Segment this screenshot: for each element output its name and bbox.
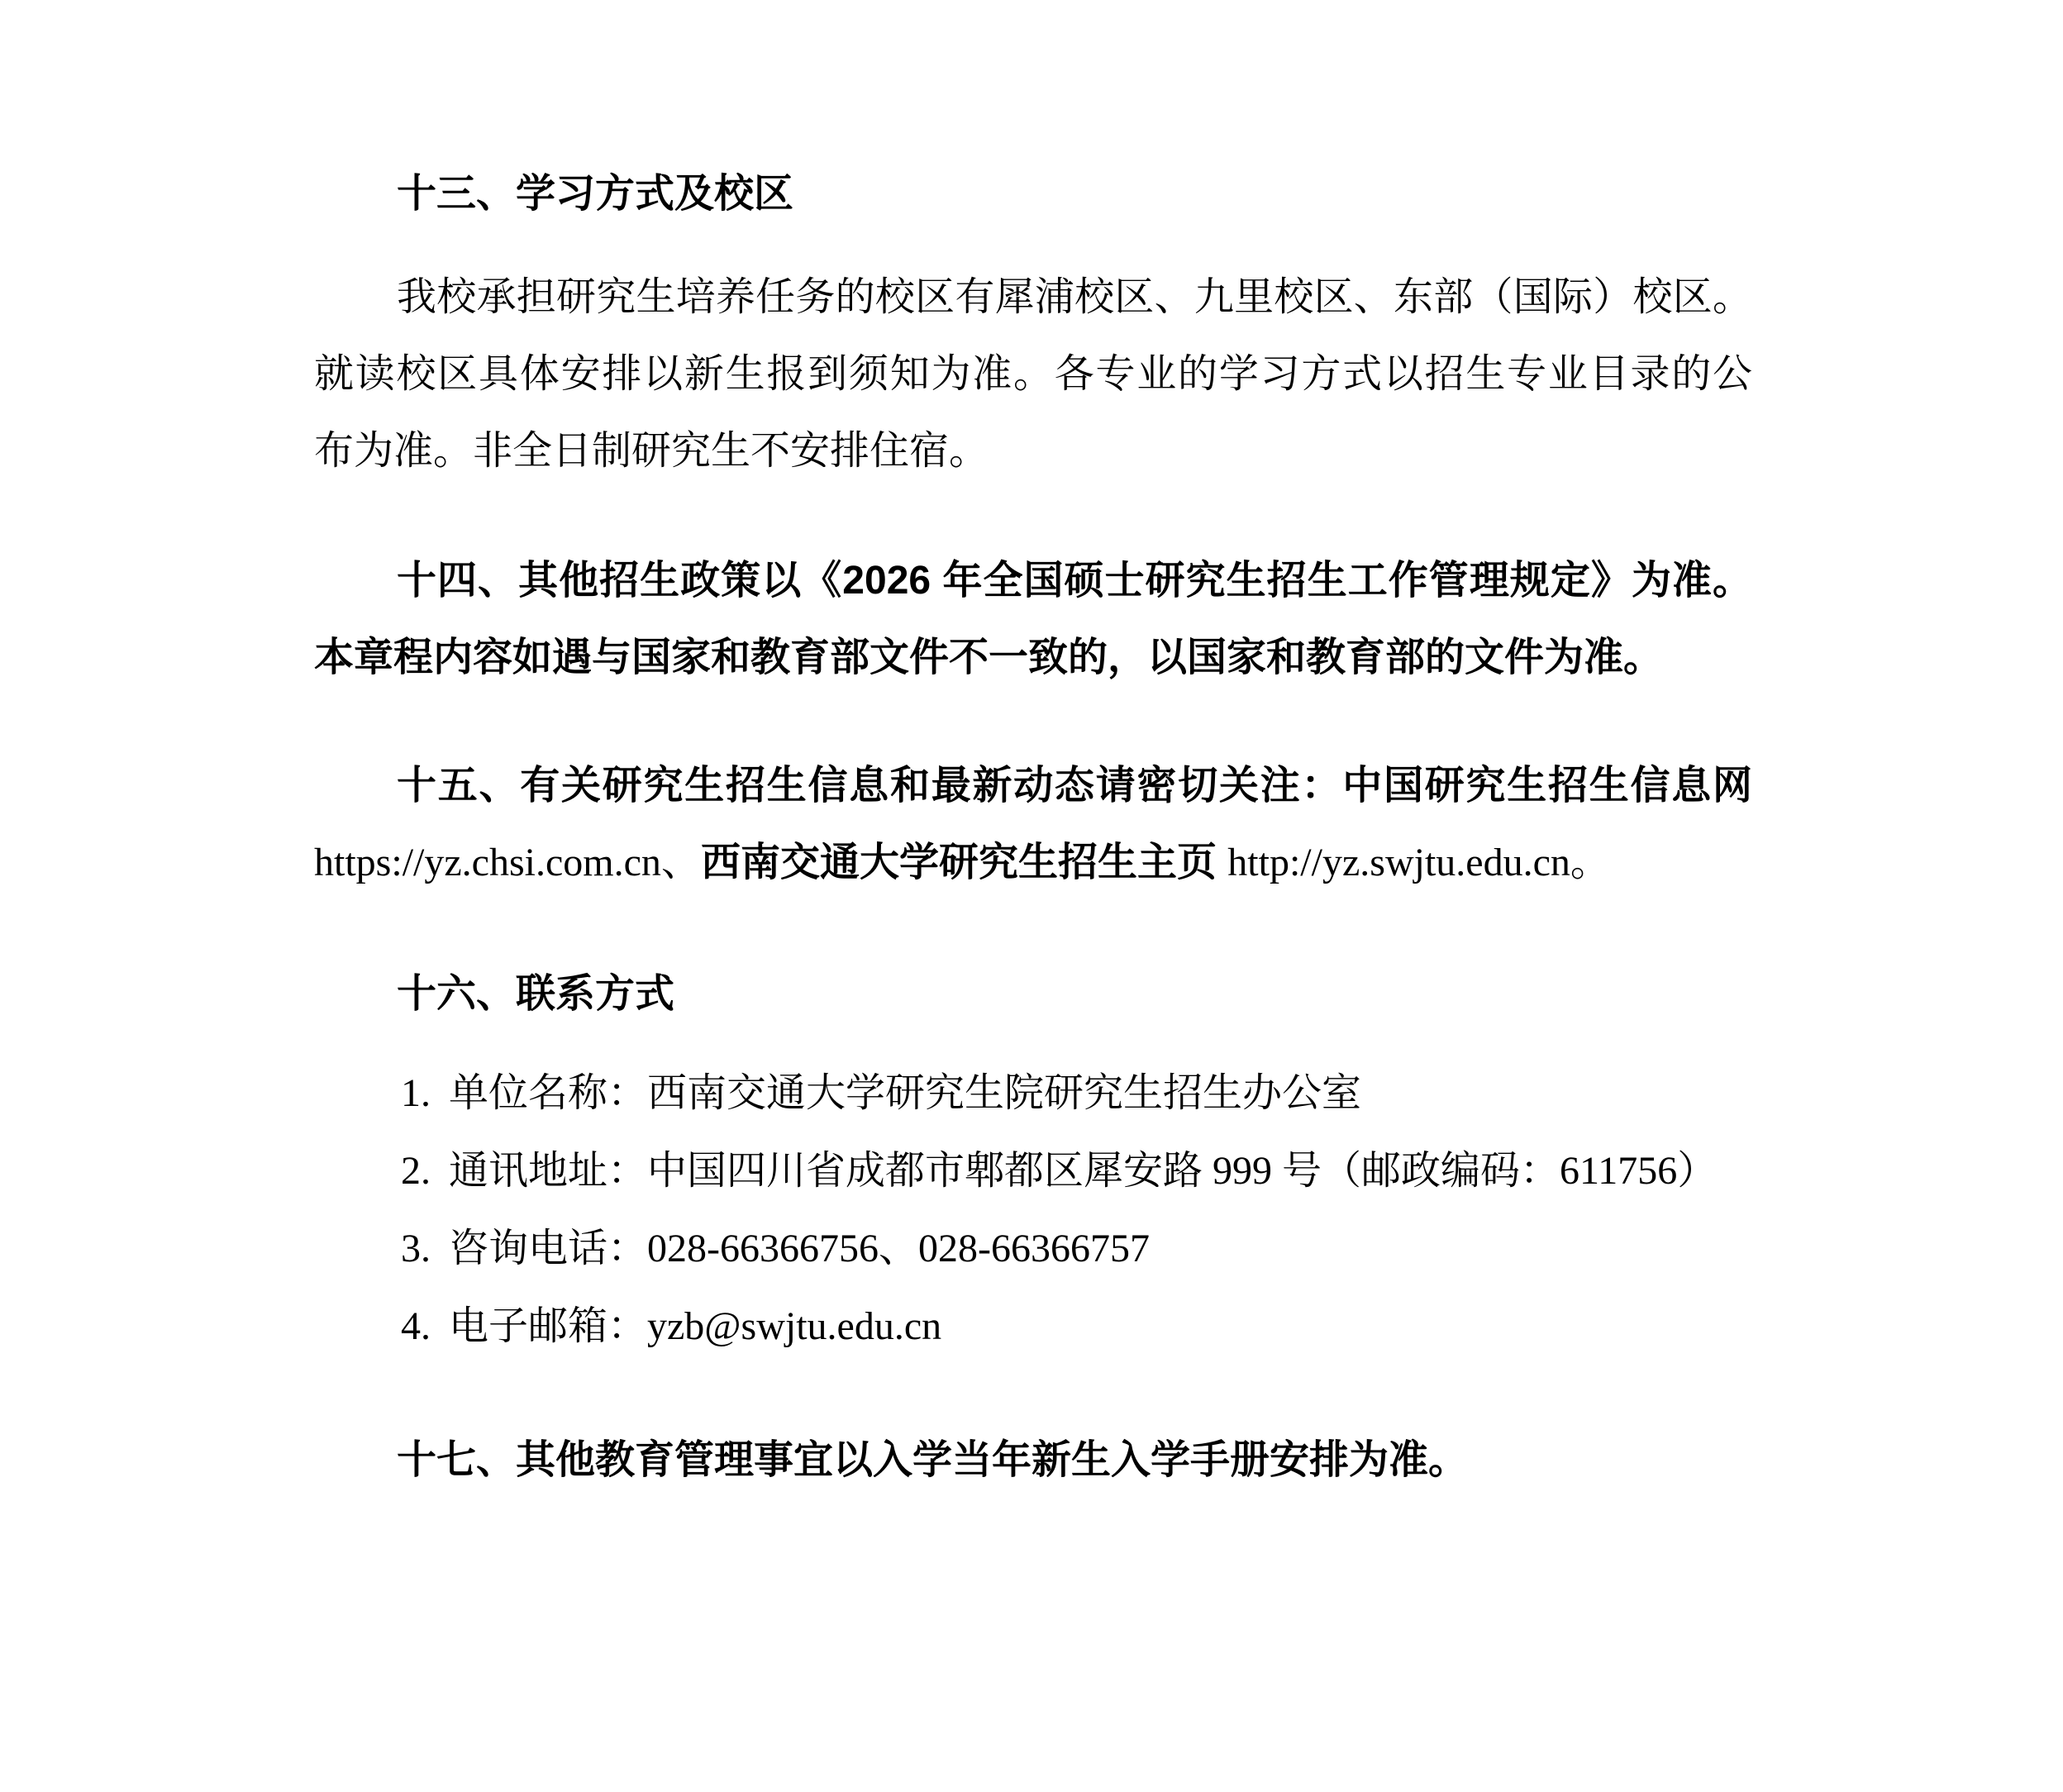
section-15-line-2: https://yz.chsi.com.cn、西南交通大学研究生招生主页 htt…	[314, 824, 1752, 901]
contact-item-text: 通讯地址：中国四川省成都市郫都区犀安路 999 号（邮政编码：611756）	[449, 1149, 1717, 1193]
contact-item-4: 4.电子邮箱：yzb@swjtu.edu.cn	[314, 1288, 1752, 1365]
contact-item-text: 电子邮箱：yzb@swjtu.edu.cn	[449, 1304, 941, 1348]
document-page: 十三、学习方式及校区 我校承担研究生培养任务的校区有犀浦校区、九里校区、东部（国…	[0, 0, 2063, 1792]
contact-item-number: 4.	[401, 1304, 431, 1348]
section-13-heading: 十三、学习方式及校区	[314, 155, 1752, 232]
section-13-line-3: 布为准。非全日制研究生不安排住宿。	[314, 412, 1752, 489]
contact-list: 1.单位名称：西南交通大学研究生院研究生招生办公室 2.通讯地址：中国四川省成都…	[314, 1055, 1752, 1365]
section-13-line-1: 我校承担研究生培养任务的校区有犀浦校区、九里校区、东部（国际）校区。	[314, 259, 1752, 336]
contact-item-text: 单位名称：西南交通大学研究生院研究生招生办公室	[449, 1071, 1361, 1115]
contact-item-3: 3.咨询电话：028-66366756、028-66366757	[314, 1210, 1752, 1288]
chsi-url: https://yz.chsi.com.cn、	[314, 841, 701, 884]
section-13-line-2: 就读校区具体安排以新生报到须知为准。各专业的学习方式以招生专业目录的公	[314, 336, 1752, 412]
contact-item-1: 1.单位名称：西南交通大学研究生院研究生招生办公室	[314, 1055, 1752, 1132]
section-14-line-1: 十四、其他招生政策以《2026 年全国硕士研究生招生工作管理规定》为准。	[314, 542, 1752, 619]
swjtu-homepage-label: 西南交通大学研究生招生主页	[701, 841, 1227, 884]
contact-item-number: 2.	[401, 1149, 431, 1193]
contact-item-text: 咨询电话：028-66366756、028-66366757	[449, 1227, 1150, 1270]
document-content: 十三、学习方式及校区 我校承担研究生培养任务的校区有犀浦校区、九里校区、东部（国…	[314, 0, 1752, 1499]
section-14-line-2: 本章程内容如遇与国家和教育部文件不一致的，以国家和教育部的文件为准。	[314, 619, 1752, 696]
section-16-heading: 十六、联系方式	[314, 956, 1752, 1032]
section-15-line-1: 十五、有关研究生招生信息和最新动态请密切关注：中国研究生招生信息网	[314, 747, 1752, 824]
section-17-line: 十七、其他教育管理事宜以入学当年新生入学手册安排为准。	[314, 1422, 1752, 1499]
swjtu-url: http://yz.swjtu.edu.cn。	[1227, 841, 1610, 884]
contact-item-number: 1.	[401, 1071, 431, 1115]
contact-item-2: 2.通讯地址：中国四川省成都市郫都区犀安路 999 号（邮政编码：611756）	[314, 1132, 1752, 1210]
contact-item-number: 3.	[401, 1227, 431, 1270]
